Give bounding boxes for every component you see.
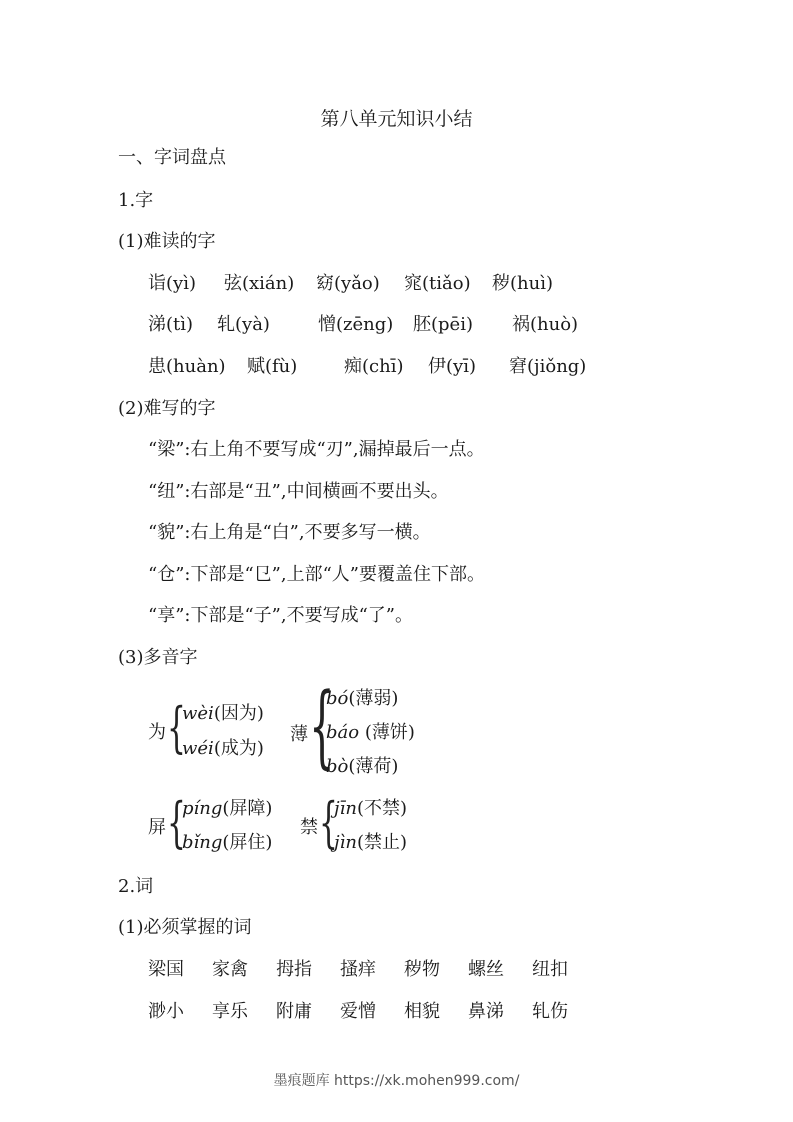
footer-watermark: 墨痕题库 https://xk.mohen999.com/ [0, 1070, 793, 1090]
polyphone-reading: wéi(成为) [182, 737, 264, 761]
writing-tip: “享”:下部是“子”,不要写成“了”。 [148, 604, 413, 628]
polyphone-char: 薄 [290, 720, 308, 746]
polyphone-reading: jīn(不禁) [334, 797, 407, 821]
subsection-heading-characters: 1.字 [118, 189, 153, 213]
word-item: 相貌 [404, 1000, 440, 1024]
writing-tip: “仓”:下部是“㔾”,上部“人”要覆盖住下部。 [148, 563, 485, 587]
must-master-heading: (1)必须掌握的词 [118, 916, 252, 940]
pinyin-item: 胚(pēi) [413, 313, 473, 337]
pinyin-item: 赋(fù) [247, 355, 297, 379]
pinyin-item: 痴(chī) [344, 355, 403, 379]
word-item: 附庸 [276, 1000, 312, 1024]
polyphone-reading: bǐng(屏住) [182, 831, 272, 855]
polyphone-reading: bò(薄荷) [326, 755, 398, 779]
pinyin-item: 患(huàn) [148, 355, 226, 379]
word-item: 拇指 [276, 958, 312, 982]
word-item: 秽物 [404, 958, 440, 982]
writing-tip: “貌”:右上角是“白”,不要多写一横。 [148, 521, 431, 545]
word-item: 渺小 [148, 1000, 184, 1024]
pinyin-item: 窈(yǎo) [316, 272, 380, 296]
pinyin-item: 窕(tiǎo) [404, 272, 471, 296]
word-item: 享乐 [212, 1000, 248, 1024]
word-item: 鼻涕 [468, 1000, 504, 1024]
subsection-heading-words: 2.词 [118, 875, 153, 899]
page-title: 第八单元知识小结 [0, 104, 793, 131]
hard-to-write-heading: (2)难写的字 [118, 397, 216, 421]
hard-to-read-heading: (1)难读的字 [118, 230, 216, 254]
polyphone-char: 为 [148, 718, 166, 744]
writing-tip: “纽”:右部是“丑”,中间横画不要出头。 [148, 480, 449, 504]
polyphone-char: 禁 [300, 813, 318, 839]
writing-tip: “梁”:右上角不要写成“刃”,漏掉最后一点。 [148, 438, 485, 462]
pinyin-item: 伊(yī) [428, 355, 476, 379]
pinyin-item: 弦(xián) [224, 272, 294, 296]
word-item: 纽扣 [532, 958, 568, 982]
polyphone-reading: píng(屏障) [182, 797, 272, 821]
pinyin-item: 涕(tì) [148, 313, 193, 337]
word-item: 轧伤 [532, 1000, 568, 1024]
pinyin-item: 轧(yà) [217, 313, 270, 337]
word-item: 搔痒 [340, 958, 376, 982]
pinyin-item: 憎(zēng) [318, 313, 393, 337]
word-item: 家禽 [212, 958, 248, 982]
polyphone-reading: bó(薄弱) [326, 687, 398, 711]
polyphone-reading: wèi(因为) [182, 702, 264, 726]
section-heading: 一、字词盘点 [118, 146, 226, 170]
pinyin-item: 窘(jiǒng) [509, 355, 586, 379]
word-item: 爱憎 [340, 1000, 376, 1024]
word-item: 梁国 [148, 958, 184, 982]
pinyin-item: 诣(yì) [148, 272, 196, 296]
pinyin-item: 祸(huò) [512, 313, 578, 337]
polyphones-heading: (3)多音字 [118, 646, 198, 670]
polyphone-reading: jìn(禁止) [334, 831, 407, 855]
polyphone-reading: báo (薄饼) [326, 721, 415, 745]
word-item: 螺丝 [468, 958, 504, 982]
pinyin-item: 秽(huì) [492, 272, 553, 296]
polyphone-char: 屏 [148, 813, 166, 839]
